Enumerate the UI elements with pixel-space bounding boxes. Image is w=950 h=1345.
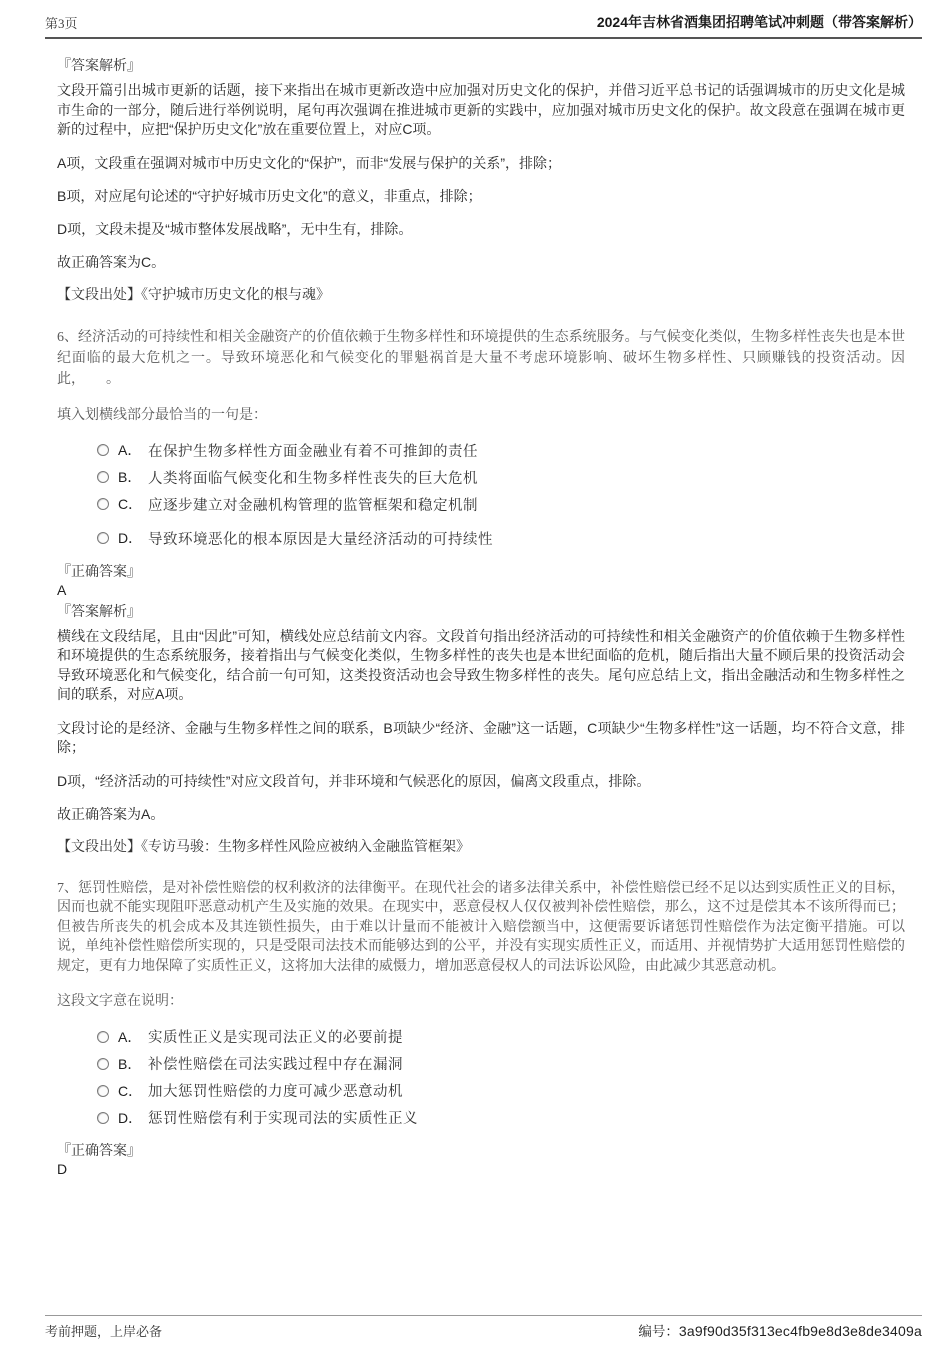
page-header: 第3页 2024年吉林省酒集团招聘笔试冲刺题（带答案解析） [45,12,922,39]
correct-answer-value: D [57,1160,905,1178]
question-6-prompt: 填入划横线部分最恰当的一句是： [57,406,905,425]
option-d-analysis: D项，文段未提及“城市整体发展战略”，无中生有，排除。 [57,220,905,239]
option-label: 加大惩罚性赔偿的力度可减少恶意动机 [148,1080,403,1101]
analysis-paragraph: 文段讨论的是经济、金融与生物多样性之间的联系，B项缺少“经济、金融”这一话题，C… [57,719,905,758]
option-key: C． [118,1081,148,1101]
correct-answer-label: 『正确答案』 [57,1141,905,1160]
question-7-prompt: 这段文字意在说明： [57,992,905,1011]
radio-button[interactable] [97,532,109,544]
doc-serial: 编号：3a9f90d35f313ec4fb9e8d3e8de3409a [638,1320,922,1340]
option-b-analysis: B项，对应尾句论述的“守护好城市历史文化”的意义，非重点，排除； [57,187,905,206]
option-row[interactable]: D． 惩罚性赔偿有利于实现司法的实质性正义 [97,1104,905,1131]
option-row[interactable]: C． 应逐步建立对金融机构管理的监管框架和稳定机制 [97,491,905,518]
source-line: 【文段出处】《守护城市历史文化的根与魂》 [57,286,905,305]
option-label: 惩罚性赔偿有利于实现司法的实质性正义 [148,1107,418,1128]
option-a-analysis: A项，文段重在强调对城市中历史文化的“保护”，而非“发展与保护的关系”，排除； [57,154,905,173]
option-key: A． [118,440,148,460]
correct-answer-value: A [57,581,905,599]
radio-button[interactable] [97,471,109,483]
correct-answer-statement: 故正确答案为A。 [57,805,905,824]
question-6-stem: 6、经济活动的可持续性和相关金融资产的价值依赖于生物多样性和环境提供的生态系统服… [57,327,905,390]
page-content: 『答案解析』 文段开篇引出城市更新的话题，接下来指出在城市更新改造中应加强对历史… [57,56,905,1178]
option-label: 应逐步建立对金融机构管理的监管框架和稳定机制 [148,494,478,515]
option-key: C． [118,494,148,514]
correct-answer-label: 『正确答案』 [57,562,905,581]
option-row[interactable]: B． 补偿性赔偿在司法实践过程中存在漏洞 [97,1050,905,1077]
option-key: D． [118,1108,148,1128]
option-key: A． [118,1027,148,1047]
question-7-options: A． 实质性正义是实现司法正义的必要前提 B． 补偿性赔偿在司法实践过程中存在漏… [97,1023,905,1131]
source-line: 【文段出处】《专访马骏：生物多样性风险应被纳入金融监管框架》 [57,838,905,857]
option-label: 导致环境恶化的根本原因是大量经济活动的可持续性 [148,528,493,549]
doc-serial-label: 编号： [638,1324,679,1339]
option-row[interactable]: D． 导致环境恶化的根本原因是大量经济活动的可持续性 [97,525,905,552]
radio-button[interactable] [97,1031,109,1043]
option-row[interactable]: A． 在保护生物多样性方面金融业有着不可推卸的责任 [97,437,905,464]
correct-answer-statement: 故正确答案为C。 [57,253,905,272]
option-row[interactable]: C． 加大惩罚性赔偿的力度可减少恶意动机 [97,1077,905,1104]
doc-title: 2024年吉林省酒集团招聘笔试冲刺题（带答案解析） [597,12,922,32]
option-row[interactable]: B． 人类将面临气候变化和生物多样性丧失的巨大危机 [97,464,905,491]
analysis-paragraph: 横线在文段结尾，且由“因此”可知，横线处应总结前文内容。文段首句指出经济活动的可… [57,627,905,705]
radio-button[interactable] [97,498,109,510]
answer-analysis-label: 『答案解析』 [57,56,905,75]
option-row[interactable]: A． 实质性正义是实现司法正义的必要前提 [97,1023,905,1050]
radio-button[interactable] [97,444,109,456]
question-6-options: A． 在保护生物多样性方面金融业有着不可推卸的责任 B． 人类将面临气候变化和生… [97,437,905,552]
option-key: D． [118,528,148,548]
option-key: B． [118,1054,148,1074]
option-key: B． [118,467,148,487]
option-label: 在保护生物多样性方面金融业有着不可推卸的责任 [148,440,478,461]
page-number: 第3页 [45,13,78,32]
option-label: 补偿性赔偿在司法实践过程中存在漏洞 [148,1053,403,1074]
analysis-paragraph: 文段开篇引出城市更新的话题，接下来指出在城市更新改造中应加强对历史文化的保护，并… [57,81,905,140]
option-d-analysis: D项，“经济活动的可持续性”对应文段首句，并非环境和气候恶化的原因，偏离文段重点… [57,772,905,791]
option-label: 实质性正义是实现司法正义的必要前提 [148,1026,403,1047]
radio-button[interactable] [97,1085,109,1097]
radio-button[interactable] [97,1058,109,1070]
radio-button[interactable] [97,1112,109,1124]
doc-serial-value: 3a9f90d35f313ec4fb9e8d3e8de3409a [679,1323,922,1339]
option-label: 人类将面临气候变化和生物多样性丧失的巨大危机 [148,467,478,488]
footer-slogan: 考前押题，上岸必备 [45,1321,162,1340]
page-footer: 考前押题，上岸必备 编号：3a9f90d35f313ec4fb9e8d3e8de… [45,1315,922,1340]
question-7-stem: 7、惩罚性赔偿，是对补偿性赔偿的权利救济的法律衡平。在现代社会的诸多法律关系中，… [57,879,905,977]
answer-analysis-label: 『答案解析』 [57,602,905,621]
